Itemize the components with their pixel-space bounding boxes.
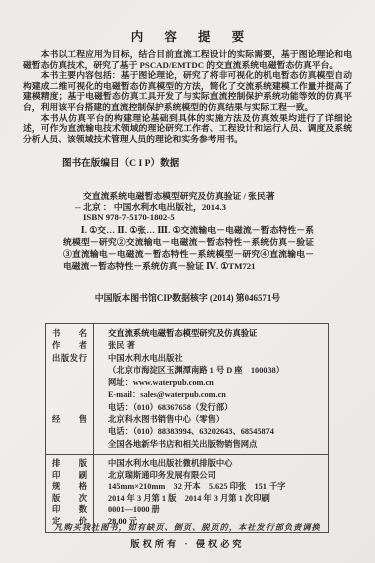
publisher-address: （北京市海淀区玉渊潭南路 1 号 D 座 100038） (108, 365, 323, 377)
row-value: 张民 著 (93, 340, 328, 352)
row-label: 经售 (52, 414, 87, 426)
summary-paragraph: 本书以工程应用为目标，结合目前直流工程设计的实际需要，基于图论理论和电磁暂态仿真… (23, 49, 352, 70)
row-label: 规格 (52, 481, 87, 493)
table-row-printer: 印刷 北京瑞斯通印务发展有限公司 (46, 470, 328, 482)
content-summary: 本书以工程应用为目标，结合目前直流工程设计的实际需要，基于图论理论和电磁暂态仿真… (23, 49, 352, 144)
summary-paragraph: 本书从仿真平台的构建理论基础到具体的实施方法及仿真效果均进行了详细论述，可作为直… (23, 113, 352, 145)
cip-publisher-line: -- 北京 ： 中国水利水电出版社，2014.3 (56, 202, 346, 213)
table-column-divider (93, 324, 94, 532)
page-title: 内 容 提 要 (0, 27, 375, 45)
row-value: 中国水利水电出版社微机排版中心 (93, 458, 328, 470)
colophon-section-printing: 排版 中国水利水电出版社微机排版中心 印刷 北京瑞斯通印务发展有限公司 规格 1… (46, 454, 328, 532)
distributor-network: 全国各地新华书店和相关出版物销售网点 (108, 439, 323, 451)
table-row-typesetting: 排版 中国水利水电出版社微机排版中心 (46, 458, 328, 470)
footer-exchange-note: 凡购买我社图书，如有缺页、倒页、脱页的，本社发行部负责调换 (0, 522, 375, 533)
row-label: 版次 (52, 493, 87, 505)
row-value: 北京科水图书销售中心（零售） 电话：（010）88383994、63202643… (93, 414, 328, 451)
publisher-website: 网址：www.waterpub.com.cn (108, 377, 323, 389)
cip-heading: 图书在版编目（C I P）数据 (62, 155, 179, 169)
row-label: 书名 (52, 328, 87, 340)
book-copyright-page: 内 容 提 要 本书以工程应用为目标，结合目前直流工程设计的实际需要，基于图论理… (0, 0, 375, 563)
summary-paragraph: 本书主要内容包括：基于图论理论，研究了将非可视化的机电暂态仿真模型自动构建成二维… (23, 70, 352, 112)
copyright-notice: 版权所有 · 侵权必究 (0, 536, 375, 550)
row-label: 出版发行 (52, 353, 87, 365)
cip-classification: Ⅰ. ①交… Ⅱ. ①张… Ⅲ. ①交流输电－电磁流－暂态特性－系统模型－研究②… (63, 224, 314, 272)
table-row-author: 作者 张民 著 (46, 340, 328, 352)
table-row-print-run: 印数 0001—1000 册 (46, 504, 328, 516)
row-label: 作者 (52, 340, 87, 352)
isbn-line: ISBN 978-7-5170-1802-5 (56, 212, 346, 223)
distributor-phone: 电话：（010）88383994、63202643、68545874 (108, 426, 323, 438)
colophon-section-publishing: 书名 交直流系统电磁暂态模型研究及仿真验证 作者 张民 著 出版发行 中国水利水… (46, 324, 328, 454)
table-row-format: 规格 145mm×210mm 32 开本 5.625 印张 151 千字 (46, 481, 328, 493)
publisher-name: 中国水利水电出版社 (108, 353, 323, 365)
row-value: 中国水利水电出版社 （北京市海淀区玉渊潭南路 1 号 D 座 100038） 网… (93, 353, 328, 414)
row-value: 交直流系统电磁暂态模型研究及仿真验证 (93, 328, 328, 340)
cip-title-line: 交直流系统电磁暂态模型研究及仿真验证 / 张民著 (56, 191, 346, 202)
publisher-phone: 电话：（010）68367658（发行部） (108, 402, 323, 414)
colophon-table: 书名 交直流系统电磁暂态模型研究及仿真验证 作者 张民 著 出版发行 中国水利水… (45, 323, 329, 533)
table-row-edition: 版次 2014 年 3 月第 1 版 2014 年 3 月第 1 次印刷 (46, 493, 328, 505)
table-row-publisher: 出版发行 中国水利水电出版社 （北京市海淀区玉渊潭南路 1 号 D 座 1000… (46, 353, 328, 414)
cip-record: 交直流系统电磁暂态模型研究及仿真验证 / 张民著 -- 北京 ： 中国水利水电出… (56, 191, 346, 223)
distributor-name: 北京科水图书销售中心（零售） (108, 414, 323, 426)
row-label: 排版 (52, 458, 87, 470)
row-value: 北京瑞斯通印务发展有限公司 (93, 470, 328, 482)
row-value: 2014 年 3 月第 1 版 2014 年 3 月第 1 次印刷 (93, 493, 328, 505)
row-label: 印刷 (52, 470, 87, 482)
cip-registry-number: 中国版本图书馆CIP数据核字 (2014) 第046571号 (0, 291, 375, 304)
row-label: 印数 (52, 504, 87, 516)
publisher-email: E-mail：sales@waterpub.com.cn (108, 389, 323, 401)
table-row-distributor: 经售 北京科水图书销售中心（零售） 电话：（010）88383994、63202… (46, 414, 328, 451)
table-row-book-title: 书名 交直流系统电磁暂态模型研究及仿真验证 (46, 328, 328, 340)
row-value: 145mm×210mm 32 开本 5.625 印张 151 千字 (93, 481, 328, 493)
row-value: 0001—1000 册 (93, 504, 328, 516)
